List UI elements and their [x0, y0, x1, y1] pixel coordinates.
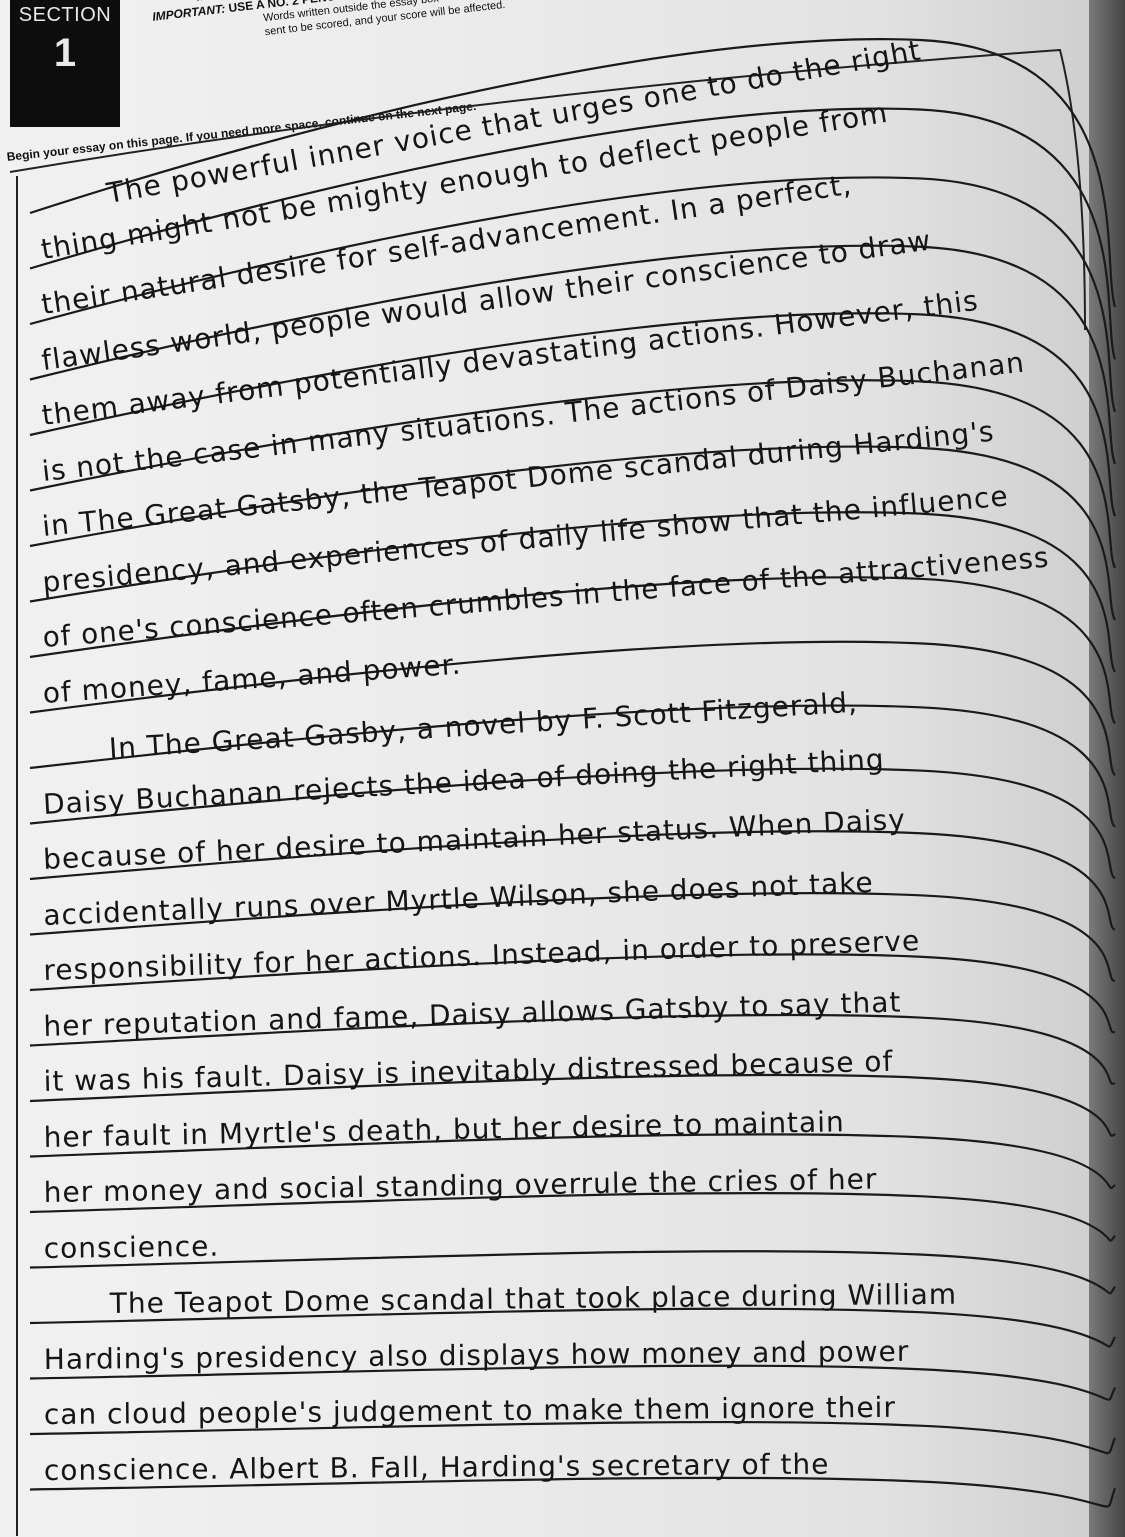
essay-line: conscience. [44, 1229, 220, 1264]
essay-line: conscience. Albert B. Fall, Harding's se… [44, 1447, 830, 1486]
